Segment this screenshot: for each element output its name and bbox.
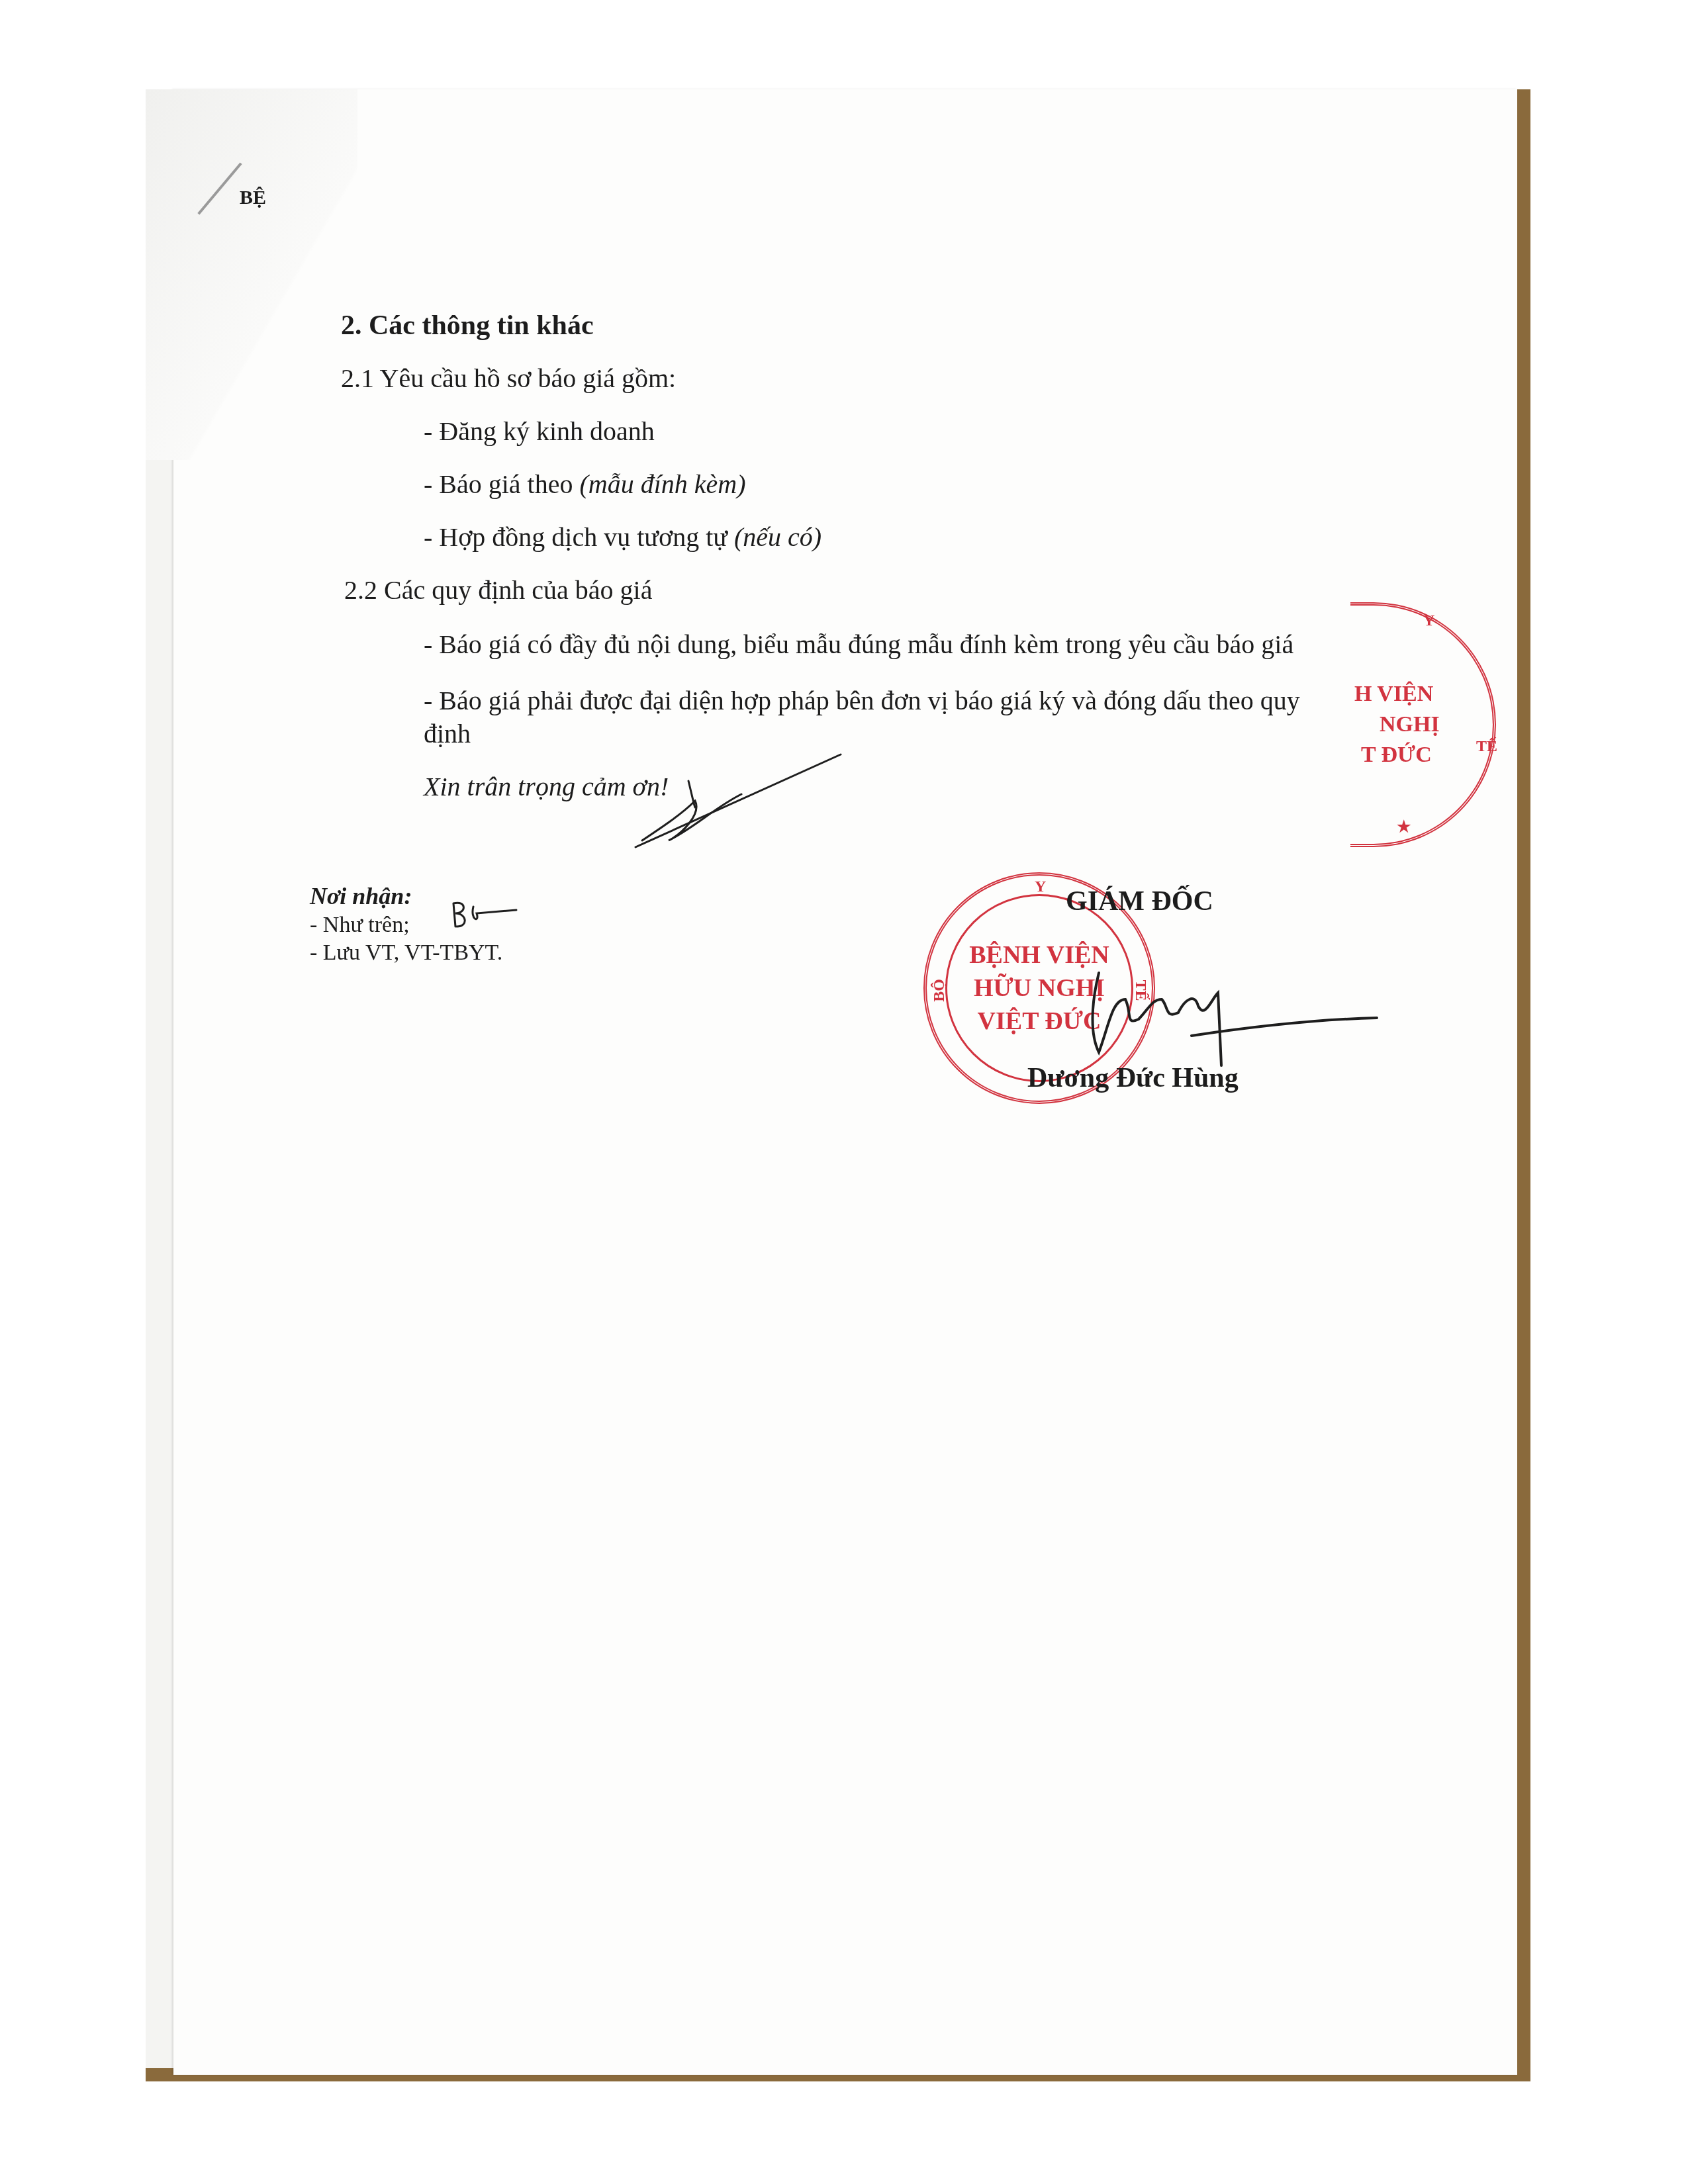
requirement-item: - Báo giá theo (mẫu đính kèm) — [424, 469, 746, 500]
folded-corner — [146, 89, 357, 460]
initial-signature — [622, 741, 847, 854]
requirement-item: - Hợp đồng dịch vụ tương tự (nếu có) — [424, 522, 821, 553]
signature-title: GIÁM ĐỐC — [1066, 886, 1213, 917]
director-signature — [1086, 960, 1390, 1079]
recipient-item: - Lưu VT, VT-TBYT. — [310, 940, 502, 966]
subsection-1-title: 2.1 Yêu cầu hồ sơ báo giá gồm: — [341, 363, 676, 394]
header-fragment: BỆ — [240, 187, 266, 209]
rule-item-continuation: định — [424, 718, 471, 750]
recipient-item: - Như trên; — [310, 912, 410, 938]
section-title: 2. Các thông tin khác — [341, 310, 594, 341]
rule-item: - Báo giá có đầy đủ nội dung, biểu mẫu đ… — [424, 629, 1293, 660]
initial-mark — [450, 897, 523, 936]
subsection-2-title: 2.2 Các quy định của báo giá — [344, 574, 652, 606]
requirement-item: - Đăng ký kinh doanh — [424, 416, 655, 447]
recipients-label: Nơi nhận: — [310, 880, 412, 912]
rule-item: - Báo giá phải được đại diện hợp pháp bê… — [424, 685, 1300, 717]
signer-name: Dương Đức Hùng — [1027, 1062, 1239, 1094]
